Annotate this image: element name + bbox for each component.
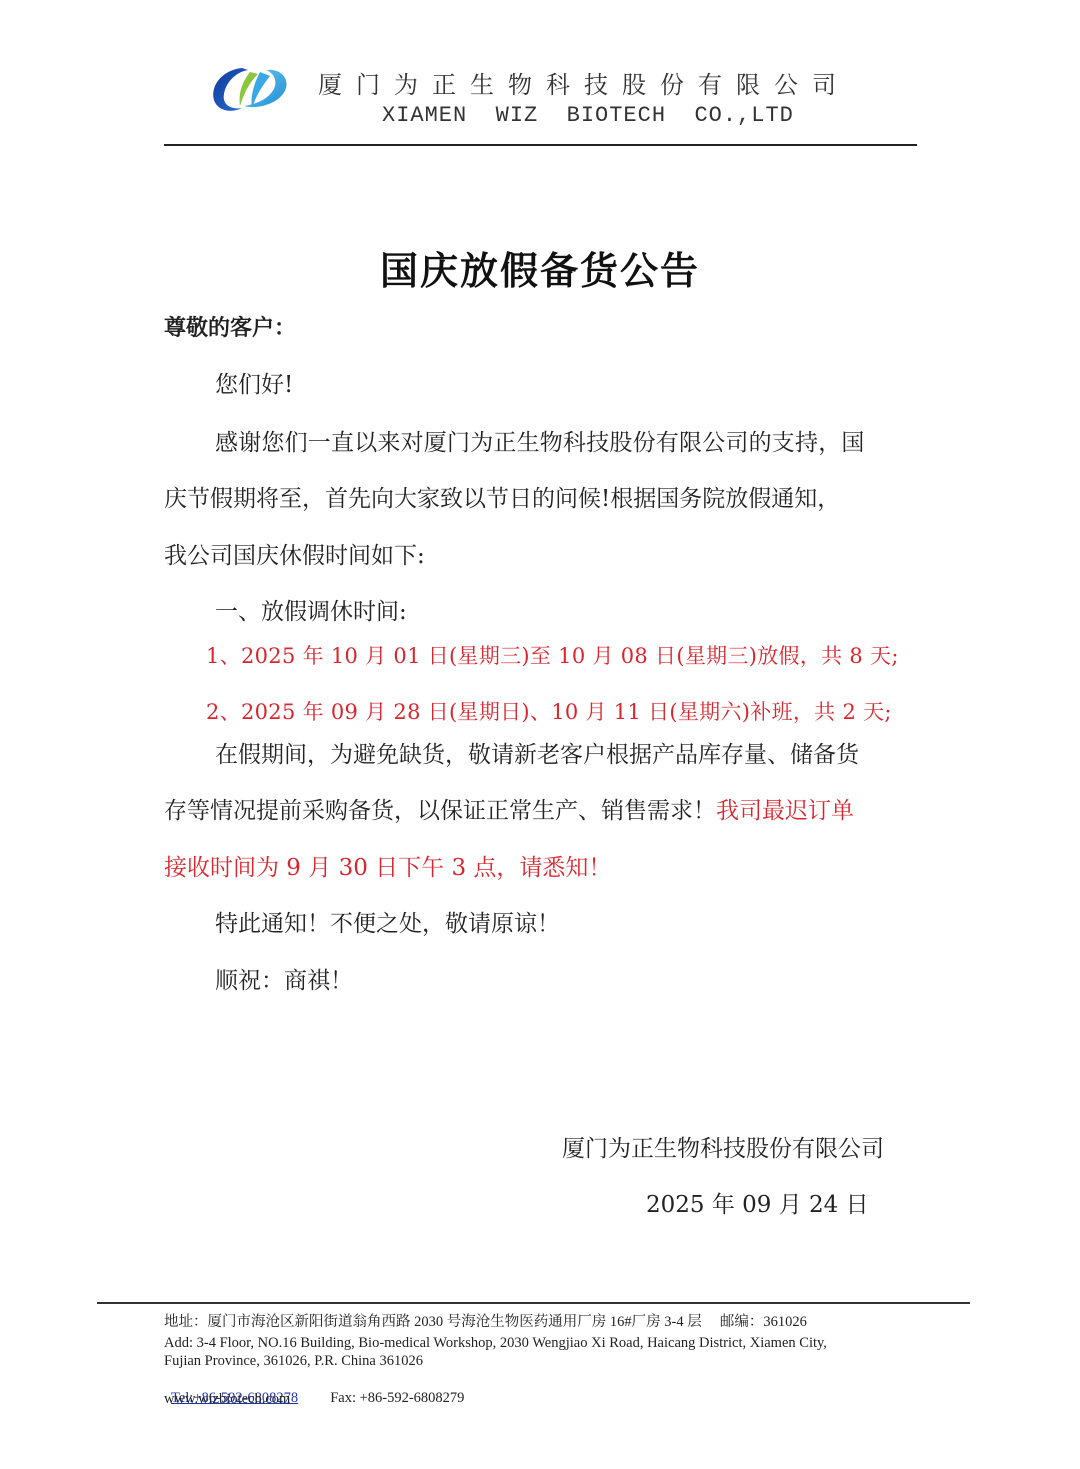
footer-divider xyxy=(97,1302,970,1304)
section-heading: 一、放假调休时间: xyxy=(215,597,407,627)
company-name-cn: 厦门为正生物科技股份有限公司 xyxy=(318,70,850,100)
signature-company: 厦门为正生物科技股份有限公司 xyxy=(562,1134,884,1164)
company-name-en: XIAMEN WIZ BIOTECH CO.,LTD xyxy=(382,102,794,130)
footer-address-en-1: Add: 3-4 Floor, NO.16 Building, Bio-medi… xyxy=(164,1334,827,1352)
stock-paragraph-text: 存等情况提前采购备货，以保证正常生产、销售需求！ xyxy=(164,798,716,824)
company-logo-icon xyxy=(208,62,290,118)
footer-address-en-2: Fujian Province, 361026, P.R. China 3610… xyxy=(164,1352,423,1370)
schedule-item-makeup-workday: 2、2025 年 09 月 28 日(星期日)、10 月 11 日(星期六)补班… xyxy=(206,697,892,727)
closing-line: 特此通知！不便之处，敬请原谅！ xyxy=(215,909,560,939)
salutation: 尊敬的客户： xyxy=(164,314,296,344)
schedule-item-holiday: 1、2025 年 10 月 01 日(星期三)至 10 月 08 日(星期三)放… xyxy=(206,641,899,671)
footer-address-cn: 地址：厦门市海沧区新阳街道翁角西路 2030 号海沧生物医药通用厂房 16#厂房… xyxy=(164,1313,807,1331)
order-deadline-text: 接收时间为 9 月 30 日下午 3 点，请悉知！ xyxy=(164,853,611,883)
greeting: 您们好! xyxy=(215,370,293,400)
intro-line-1: 感谢您们一直以来对厦门为正生物科技股份有限公司的支持，国 xyxy=(215,428,865,458)
stock-paragraph-line-2: 存等情况提前采购备货，以保证正常生产、销售需求！我司最迟订单 xyxy=(164,796,854,826)
regards-line: 顺祝：商祺！ xyxy=(215,966,353,996)
stock-paragraph-line-1: 在假期间，为避免缺货，敬请新老客户根据产品库存量、储备货 xyxy=(215,740,859,770)
header-divider xyxy=(164,144,917,146)
website-link[interactable]: www.wizbiotech.com xyxy=(164,1390,290,1408)
intro-line-2: 庆节假期将至，首先向大家致以节日的问候!根据国务院放假通知， xyxy=(164,484,840,514)
notice-title: 国庆放假备货公告 xyxy=(0,246,1080,296)
intro-line-3: 我公司国庆休假时间如下: xyxy=(164,541,425,571)
signature-date: 2025 年 09 月 24 日 xyxy=(646,1190,869,1220)
order-deadline-highlight: 我司最迟订单 xyxy=(716,798,854,824)
fax-number: Fax: +86-592-6808279 xyxy=(330,1390,464,1406)
